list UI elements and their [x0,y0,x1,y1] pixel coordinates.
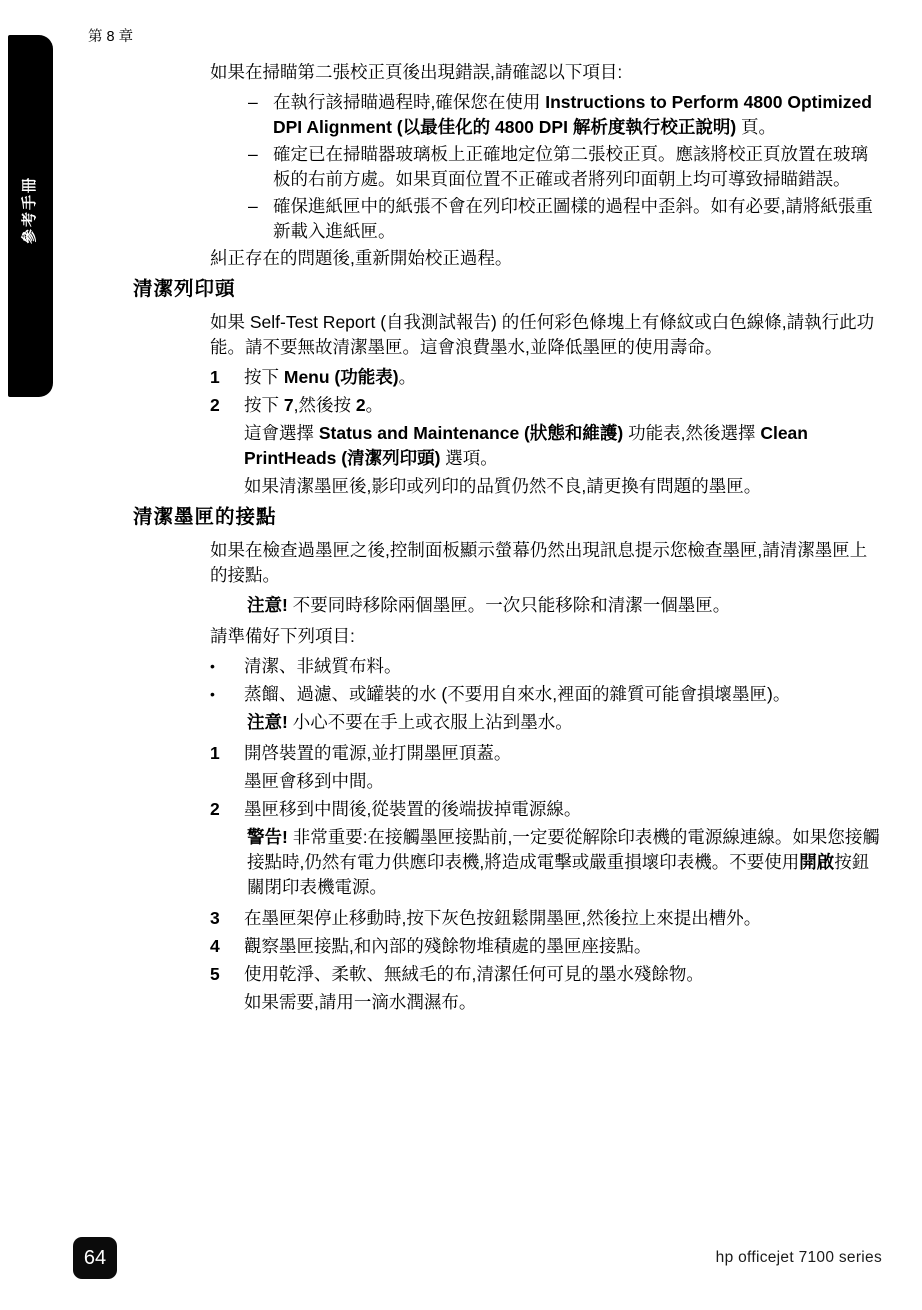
text-run: 如果在掃瞄第二張校正頁後出現錯誤,請確認以下項目: [210,62,622,82]
text-run: 不要同時移除兩個墨匣。一次只能移除和清潔一個墨匣。 [288,595,730,615]
item-text: 使用乾淨、柔軟、無絨毛的布,清潔任何可見的墨水殘餘物。 [244,962,882,987]
text-run: 確保進紙匣中的紙張不會在列印校正圖樣的過程中歪斜。如有必要,請將紙張重新載入進紙… [273,196,873,241]
text-run: ,然後按 [294,395,356,415]
text-run: 蒸餾、過濾、或罐裝的水 (不要用自來水,裡面的雜質可能會損壞墨匣)。 [244,684,790,704]
footer-product-name: hp officejet 7100 series [716,1249,882,1267]
text-run: 開啟 [799,852,834,872]
manual-page: 參考手冊 第 8 章 如果在掃瞄第二張校正頁後出現錯誤,請確認以下項目:–在執行… [0,0,922,1310]
step-number: 5 [210,962,244,987]
section-heading: 清潔墨匣的接點 [133,505,882,529]
item-text: 按下 Menu (功能表)。 [244,365,882,390]
list-item: –確保進紙匣中的紙張不會在列印校正圖樣的過程中歪斜。如有必要,請將紙張重新載入進… [248,194,882,244]
item-text: 觀察墨匣接點,和內部的殘餘物堆積處的墨匣座接點。 [244,934,882,959]
step-number: 2 [210,393,244,418]
item-text: 墨匣移到中間後,從裝置的後端拔掉電源線。 [244,797,882,822]
text-run: Menu (功能表) [284,367,399,387]
text-run: 清潔、非絨質布料。 [244,656,402,676]
text-run: 如果需要,請用一滴水潤濕布。 [244,992,476,1012]
item-text: 蒸餾、過濾、或罐裝的水 (不要用自來水,裡面的雜質可能會損壞墨匣)。 [244,682,882,707]
text-run: 墨匣會移到中間。 [244,771,384,791]
body-paragraph: 如果在檢查過墨匣之後,控制面板顯示螢幕仍然出現訊息提示您檢查墨匣,請清潔墨匣上的… [210,538,882,588]
text-run: 在執行該掃瞄過程時,確保您在使用 [273,92,545,112]
numbered-step: 2墨匣移到中間後,從裝置的後端拔掉電源線。 [210,797,882,822]
numbered-step: 4觀察墨匣接點,和內部的殘餘物堆積處的墨匣座接點。 [210,934,882,959]
page-content: 如果在掃瞄第二張校正頁後出現錯誤,請確認以下項目:–在執行該掃瞄過程時,確保您在… [210,60,882,1018]
step-number: 2 [210,797,244,822]
item-text: 在執行該掃瞄過程時,確保您在使用 Instructions to Perform… [273,90,882,140]
note-paragraph: 注意! 不要同時移除兩個墨匣。一次只能移除和清潔一個墨匣。 [247,593,882,618]
text-run: 注意! [247,595,288,615]
text-run: 非常重要:在接觸墨匣接點前,一定要從解除印表機的電源線連線。如果您接觸接點時,仍… [247,827,880,872]
text-run: 按下 [244,395,284,415]
text-run: 確定已在掃瞄器玻璃板上正確地定位第二張校正頁。應該將校正頁放置在玻璃板的右前方處… [273,144,868,189]
step-number: 1 [210,741,244,766]
chapter-tab: 參考手冊 [8,35,53,397]
numbered-step: 1按下 Menu (功能表)。 [210,365,882,390]
body-paragraph: 如果需要,請用一滴水潤濕布。 [244,990,882,1015]
numbered-step: 5使用乾淨、柔軟、無絨毛的布,清潔任何可見的墨水殘餘物。 [210,962,882,987]
text-run: Status and Maintenance (狀態和維護) [319,423,623,443]
text-run: 觀察墨匣接點,和內部的殘餘物堆積處的墨匣座接點。 [244,936,651,956]
text-run: 開啓裝置的電源,並打開墨匣頂蓋。 [244,743,511,763]
step-number: 3 [210,906,244,931]
note-paragraph: 警告! 非常重要:在接觸墨匣接點前,一定要從解除印表機的電源線連線。如果您接觸接… [247,825,882,900]
text-run: 如果清潔墨匣後,影印或列印的品質仍然不良,請更換有問題的墨匣。 [244,476,761,496]
text-run: 墨匣移到中間後,從裝置的後端拔掉電源線。 [244,799,581,819]
item-text: 確定已在掃瞄器玻璃板上正確地定位第二張校正頁。應該將校正頁放置在玻璃板的右前方處… [273,142,882,192]
note-paragraph: 注意! 小心不要在手上或衣服上沾到墨水。 [247,710,882,735]
text-run: 按下 [244,367,284,387]
numbered-step: 2按下 7,然後按 2。 [210,393,882,418]
text-run: 糾正存在的問題後,重新開始校正過程。 [210,248,512,268]
chapter-tab-label: 參考手冊 [20,150,40,270]
list-item: •蒸餾、過濾、或罐裝的水 (不要用自來水,裡面的雜質可能會損壞墨匣)。 [210,682,882,707]
text-run: 選項。 [440,448,497,468]
bullet-icon: • [210,682,244,707]
body-paragraph: 糾正存在的問題後,重新開始校正過程。 [210,246,882,271]
dash-icon: – [248,142,273,192]
body-paragraph: 墨匣會移到中間。 [244,769,882,794]
text-run: 使用乾淨、柔軟、無絨毛的布,清潔任何可見的墨水殘餘物。 [244,964,704,984]
text-run: 警告! [247,827,288,847]
dash-icon: – [248,194,273,244]
page-number: 64 [84,1247,106,1270]
text-run: 這會選擇 [244,423,319,443]
item-text: 按下 7,然後按 2。 [244,393,882,418]
list-item: •清潔、非絨質布料。 [210,654,882,679]
running-head-chapter: 第 8 章 [88,27,133,47]
body-paragraph: 這會選擇 Status and Maintenance (狀態和維護) 功能表,… [244,421,882,471]
text-run: 小心不要在手上或衣服上沾到墨水。 [288,712,573,732]
body-paragraph: 如果清潔墨匣後,影印或列印的品質仍然不良,請更換有問題的墨匣。 [244,474,882,499]
step-number: 1 [210,365,244,390]
text-run: 如果在檢查過墨匣之後,控制面板顯示螢幕仍然出現訊息提示您檢查墨匣,請清潔墨匣上的… [210,540,867,585]
text-run: 2 [356,395,366,415]
text-run: 如果 Self-Test Report (自我測試報告) 的任何彩色條塊上有條紋… [210,312,874,357]
page-number-badge: 64 [73,1237,117,1279]
body-paragraph: 如果 Self-Test Report (自我測試報告) 的任何彩色條塊上有條紋… [210,310,882,360]
text-run: 。 [366,395,384,415]
list-item: –確定已在掃瞄器玻璃板上正確地定位第二張校正頁。應該將校正頁放置在玻璃板的右前方… [248,142,882,192]
text-run: 在墨匣架停止移動時,按下灰色按鈕鬆開墨匣,然後拉上來提出槽外。 [244,908,761,928]
bullet-icon: • [210,654,244,679]
step-number: 4 [210,934,244,959]
text-run: 請準備好下列項目: [210,626,355,646]
section-heading: 清潔列印頭 [133,277,882,301]
list-item: –在執行該掃瞄過程時,確保您在使用 Instructions to Perfor… [248,90,882,140]
body-paragraph: 請準備好下列項目: [210,624,882,649]
numbered-step: 3在墨匣架停止移動時,按下灰色按鈕鬆開墨匣,然後拉上來提出槽外。 [210,906,882,931]
body-paragraph: 如果在掃瞄第二張校正頁後出現錯誤,請確認以下項目: [210,60,882,85]
item-text: 確保進紙匣中的紙張不會在列印校正圖樣的過程中歪斜。如有必要,請將紙張重新載入進紙… [273,194,882,244]
dash-icon: – [248,90,273,140]
text-run: 。 [399,367,417,387]
text-run: 頁。 [736,117,776,137]
text-run: 7 [284,395,294,415]
text-run: 注意! [247,712,288,732]
item-text: 開啓裝置的電源,並打開墨匣頂蓋。 [244,741,882,766]
numbered-step: 1開啓裝置的電源,並打開墨匣頂蓋。 [210,741,882,766]
text-run: 功能表,然後選擇 [623,423,760,443]
item-text: 清潔、非絨質布料。 [244,654,882,679]
item-text: 在墨匣架停止移動時,按下灰色按鈕鬆開墨匣,然後拉上來提出槽外。 [244,906,882,931]
